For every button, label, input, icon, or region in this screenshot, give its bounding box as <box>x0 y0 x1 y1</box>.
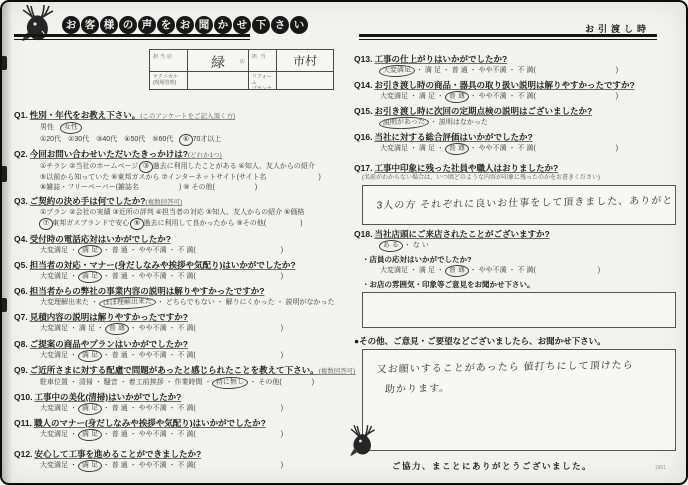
binding-mark <box>2 298 7 312</box>
footer-thanks-text: ご協力、まことにありがとうございました。 <box>392 460 592 472</box>
title-char: 様 <box>100 16 118 34</box>
question-heading: Q3.ご契約の決め手は何でしたか?(複数回答可) <box>14 196 344 208</box>
question-text: 性別・年代をお教え下さい。 <box>30 110 141 120</box>
option-text: ①チラシ ②当社のホームページ <box>40 163 140 170</box>
question-number: Q15. <box>354 106 372 116</box>
option-text: ) <box>300 220 302 227</box>
question-text: 当社に対する総合評価はいかがでしたか? <box>374 132 532 142</box>
option-text: 大変満足 ・ <box>40 405 79 412</box>
question-number: Q6. <box>14 286 28 296</box>
option-text: ・ 普 通 ・ やや不満 ・ 不 満( <box>101 462 196 469</box>
options-line: 大変満足 ・ 満 足 ・ 普 通 ・ やや不満 ・ 不 満() <box>354 265 680 277</box>
option-text: ) <box>281 273 283 280</box>
question-Q5: Q5.担当者の対応・マナー(身だしなみや挨拶や気配り)はいかがでしたか?大変満足… <box>14 260 344 283</box>
question-text: 今回お問い合わせいただいたきっかけは? <box>30 149 188 159</box>
option-text: 70才以上 <box>193 136 222 143</box>
question-heading: Q5.担当者の対応・マナー(身だしなみや挨拶や気配り)はいかがでしたか? <box>14 260 344 271</box>
options-line: 大変満足 ・ 満 足 ・ 普 通 ・ やや不満 ・ 不 満() <box>354 65 680 77</box>
option-text: ) <box>281 405 283 412</box>
option-text: ・ やや不満 ・ 不 満( <box>468 93 536 100</box>
circled-answer: 説明があった <box>379 116 429 130</box>
question-number: Q5. <box>14 260 28 270</box>
circled-answer: 普 通 <box>445 265 469 278</box>
option-text: 過去に利用したことがある ④知人、友人からの紹介 <box>153 163 315 170</box>
question-heading: Q18.当社店頭にご来店されたことがございますか? <box>354 229 680 240</box>
question-number: Q8. <box>14 339 28 349</box>
circled-answer: ⑧ <box>130 218 145 230</box>
option-text: ) <box>281 325 283 332</box>
question-heading: Q16.当社に対する総合評価はいかがでしたか? <box>354 132 680 143</box>
question-number: Q1. <box>14 110 28 120</box>
question-heading: Q6.担当者からの弊社の事業内容の説明は解りやすかったですか? <box>14 286 344 297</box>
circled-answer: 大変満足 <box>379 64 415 77</box>
options-line: ⑤以前から知っていた ⑥東邦ガスから ⑦インターネットサイト(サイト名) <box>14 173 344 183</box>
question-heading: Q17.工事中印象に残った社員や職人はおりましたか? <box>354 163 680 174</box>
option-text: 大変理解出来た ・ <box>40 299 100 306</box>
question-Q8: Q8.ご提案の商品やプランはいかがでしたか?大変満足 ・ 満 足 ・ 普 通 ・… <box>14 339 344 362</box>
options-line: 大変満足 ・ 満 足 ・ 普 通 ・ やや不満 ・ 不 満() <box>354 143 680 155</box>
option-text: ・ 普 通 ・ やや不満 ・ 不 満( <box>101 352 196 359</box>
question-text: 工事の仕上がりはいかがでしたか? <box>374 54 507 64</box>
option-text: ) <box>281 431 283 438</box>
options-line: 大変満足 ・ 満 足 ・ 普 通 ・ やや不満 ・ 不 満() <box>14 323 344 335</box>
options-line: あ る ・ な い <box>354 240 680 252</box>
options-line: ⑦東邦ガスブランドで安心 ⑧過去に利用して良かったから ⑨その他() <box>14 218 344 230</box>
question-heading: Q8.ご提案の商品やプランはいかがでしたか? <box>14 339 344 350</box>
question-Q9: Q9.ご近所さまに対する配慮で問題があったと感じられたことを教えて下さい。(複数… <box>14 365 344 389</box>
sub-question: ・お店の雰囲気・印象等ご意見をお聞かせ下さい。 <box>354 280 680 328</box>
handwritten-comment: 助かります。 <box>362 375 675 400</box>
question-text: ご近所さまに対する配慮で問題があったと感じられたことを教えて下さい。 <box>30 365 319 375</box>
option-text: ) <box>318 174 320 181</box>
title-char: お <box>176 16 194 34</box>
question-heading: Q15.お引き渡し時に次回の定期点検の説明はございましたか? <box>354 106 680 117</box>
question-Q11: Q11.職人のマナー(身だしなみや挨拶や気配り)はいかがでしたか?大変満足 ・ … <box>14 418 344 441</box>
question-Q16: Q16.当社に対する総合評価はいかがでしたか?大変満足 ・ 満 足 ・ 普 通 … <box>354 132 680 155</box>
binding-mark <box>2 166 7 182</box>
circled-answer: あ る <box>379 240 403 253</box>
option-text: ) <box>598 267 600 274</box>
circled-answer: 満 足 <box>78 350 102 363</box>
options-line: 大変満足 ・ 満 足 ・ 普 通 ・ やや不満 ・ 不 満() <box>354 91 680 103</box>
option-text: ) <box>281 352 283 359</box>
question-text: 担当者からの弊社の事業内容の説明は解りやすかったですか? <box>30 286 265 296</box>
question-Q2: Q2.今回お問い合わせいただいたきっかけは?(どれか1つ)①チラシ ②当社のホー… <box>14 149 344 193</box>
question-number: Q14. <box>354 80 372 90</box>
question-number: Q4. <box>14 234 28 244</box>
technical-value-cell <box>188 72 249 89</box>
option-text: ・ な い <box>402 242 429 249</box>
options-line: 説明があった ・ 説明はなかった <box>354 117 680 129</box>
title-char: 客 <box>81 16 99 34</box>
question-Q12: Q12.安心して工事を進めることができましたか?大変満足 ・ 満 足 ・ 普 通… <box>14 449 344 472</box>
option-text: ) <box>281 247 283 254</box>
question-number: Q9. <box>14 365 28 375</box>
handwriting-box: 又お願いすることがあったら 値打ちにして頂けたら助かります。 <box>362 349 676 451</box>
scanned-survey-document: お客様の声をお聞かせ下さい お引渡し時 担当店 緑 店 担 当 市村 テクニカル… <box>0 0 688 485</box>
sub-question: ・店員の応対はいかがでしたか?大変満足 ・ 満 足 ・ 普 通 ・ やや不満 ・… <box>354 255 680 277</box>
question-number: Q2. <box>14 149 28 159</box>
question-text: 工事中の美化(清掃)はいかがでしたか? <box>34 392 181 402</box>
option-text: ・ 説明はなかった <box>428 119 488 126</box>
question-text: お引き渡し時の商品・器具の取り扱い説明は解りやすかったですか? <box>374 80 634 90</box>
options-line: 大変満足 ・ 満 足 ・ 普 通 ・ やや不満 ・ 不 満() <box>14 403 344 415</box>
question-Q17: Q17.工事中印象に残った社員や職人はおりましたか?(名前がわからない場合は、い… <box>354 163 680 225</box>
question-Q15: Q15.お引き渡し時に次回の定期点検の説明はございましたか?説明があった ・ 説… <box>354 106 680 129</box>
option-text: 大変満足 ・ <box>40 352 79 359</box>
question-text: 受付時の電話応対はいかがでしたか? <box>30 234 171 244</box>
question-Q3: Q3.ご契約の決め手は何でしたか?(複数回答可)①プラン ②会社の実績 ③近所の… <box>14 196 344 230</box>
branch-suffix: 店 <box>240 58 245 65</box>
option-text: ) <box>312 379 314 386</box>
circled-answer: 特に無し <box>212 376 248 389</box>
options-line: 駐車位置 ・ 清掃 ・ 騒音 ・ 着工前挨拶 ・ 作業時間 ・ 特に無し ・ そ… <box>14 377 344 389</box>
circled-answer: ⑦ <box>39 218 54 230</box>
option-text: 東邦ガスブランドで安心 <box>52 220 131 227</box>
title-char: 聞 <box>195 16 213 34</box>
form-title: お客様の声をお聞かせ下さい <box>62 15 309 34</box>
title-char: を <box>157 16 175 34</box>
question-subnote: (名前がわからない場合は、いつ頃どのような内容が印象に残ったのかをお書きください… <box>354 174 680 183</box>
question-heading: Q14.お引き渡し時の商品・器具の取り扱い説明は解りやすかったですか? <box>354 80 680 91</box>
circled-answer: ほぼ理解出来た <box>99 296 156 310</box>
circled-answer: ③ <box>139 161 154 173</box>
option-text: ・ どちらでもない ・ 解りにくかった ・ 説明がなかった <box>155 299 335 306</box>
question-text: 見積内容の説明は解りやすかったですか? <box>30 312 188 322</box>
option-text: ) ⑨ その他( <box>179 184 215 191</box>
question-note: (複数回答可) <box>319 368 356 375</box>
other-comments-section: ●その他、ご意見・ご要望などございましたら、お聞かせ下さい。又お願いすることがあ… <box>354 336 680 451</box>
circled-answer: 満 足 <box>78 429 102 442</box>
options-line: 大変理解出来た ・ ほぼ理解出来た ・ どちらでもない ・ 解りにくかった ・ … <box>14 297 344 309</box>
planner-label: リフォームプランナー <box>249 72 276 89</box>
options-line: ①チラシ ②当社のホームページ ③過去に利用したことがある ④知人、友人からの紹… <box>14 161 344 173</box>
question-text: 担当者の対応・マナー(身だしなみや挨拶や気配り)はいかがでしたか? <box>30 260 296 270</box>
staff-table: 担当店 緑 店 担 当 市村 テクニカル(現場管理) リフォームプランナー <box>149 49 334 90</box>
question-Q4: Q4.受付時の電話応対はいかがでしたか?大変満足 ・ 満 足 ・ 普 通 ・ や… <box>14 234 344 257</box>
planner-value-cell <box>277 72 333 89</box>
question-Q13: Q13.工事の仕上がりはいかがでしたか?大変満足 ・ 満 足 ・ 普 通 ・ や… <box>354 54 680 77</box>
title-char: さ <box>271 16 289 34</box>
option-text: ①20代 ②30代 ③40代 ④50代 ⑤60代 <box>40 136 180 143</box>
handwritten-comment: 3人の方 それぞれに良いお仕事をして頂きました、ありがとうございました <box>362 185 676 217</box>
option-text: ) <box>616 145 618 152</box>
circled-answer: 普 通 <box>445 91 469 104</box>
circled-answer: 満 足 <box>78 271 102 284</box>
question-number: Q16. <box>354 132 372 142</box>
option-text: 駐車位置 ・ 清掃 ・ 騒音 ・ 着工前挨拶 ・ 作業時間 ・ <box>40 379 213 386</box>
handwriting-box: 3人の方 それぞれに良いお仕事をして頂きました、ありがとうございました <box>362 185 676 225</box>
question-heading: Q9.ご近所さまに対する配慮で問題があったと感じられたことを教えて下さい。(複数… <box>14 365 344 377</box>
option-text: ) <box>281 462 283 469</box>
sub-question-label: ・店員の応対はいかがでしたか? <box>354 255 680 265</box>
form-code: 1901 <box>655 465 666 471</box>
question-Q10: Q10.工事中の美化(清掃)はいかがでしたか?大変満足 ・ 満 足 ・ 普 通 … <box>14 392 344 415</box>
options-line: ⑧雑誌・フリーペーパー(雑誌名) ⑨ その他() <box>14 183 344 193</box>
binding-mark <box>2 56 7 70</box>
circled-answer: 満 足 <box>78 403 102 416</box>
option-text: ・ やや不満 ・ 不 満( <box>468 267 536 274</box>
option-text: 大変満足 ・ <box>40 247 79 254</box>
question-heading: Q7.見積内容の説明は解りやすかったですか? <box>14 312 344 323</box>
question-heading: Q4.受付時の電話応対はいかがでしたか? <box>14 234 344 245</box>
options-line: 男性 女性 <box>14 122 344 134</box>
title-char: の <box>119 16 137 34</box>
questions-column-left: Q1.性別・年代をお教え下さい。(このアンケートをご記入頂く方)男性 女性①20… <box>14 110 344 475</box>
circled-answer: 満 足 <box>78 460 102 473</box>
staff-label: 担 当 <box>249 50 276 60</box>
option-text: ・ 満 足 ・ 普 通 ・ やや不満 ・ 不 満( <box>414 67 536 74</box>
handwriting-box <box>362 292 676 328</box>
question-number: Q3. <box>14 196 28 206</box>
option-text: ⑤以前から知っていた ⑥東邦ガスから ⑦インターネットサイト(サイト名 <box>40 174 266 181</box>
question-heading: Q1.性別・年代をお教え下さい。(このアンケートをご記入頂く方) <box>14 110 344 122</box>
options-line: 大変満足 ・ 満 足 ・ 普 通 ・ やや不満 ・ 不 満() <box>14 350 344 362</box>
question-heading: Q2.今回お問い合わせいただいたきっかけは?(どれか1つ) <box>14 149 344 161</box>
option-text: 大変満足 ・ <box>40 462 79 469</box>
option-text: ) <box>255 184 257 191</box>
option-text: 大変満足 ・ 満 足 ・ <box>380 93 446 100</box>
handover-stage-label: お引渡し時 <box>585 22 650 35</box>
question-heading: Q12.安心して工事を進めることができましたか? <box>14 449 344 460</box>
other-comments-label: ●その他、ご意見・ご要望などございましたら、お聞かせ下さい。 <box>354 336 680 347</box>
circled-answer: 女性 <box>60 122 82 135</box>
title-char: 下 <box>252 16 270 34</box>
question-number: Q12. <box>14 449 32 459</box>
question-number: Q13. <box>354 54 372 64</box>
questions-column-right: Q13.工事の仕上がりはいかがでしたか?大変満足 ・ 満 足 ・ 普 通 ・ や… <box>354 54 680 455</box>
option-text: ⑧雑誌・フリーペーパー(雑誌名 <box>40 184 139 191</box>
question-heading: Q13.工事の仕上がりはいかがでしたか? <box>354 54 680 65</box>
question-text: 当社店頭にご来店されたことがございますか? <box>374 229 549 239</box>
question-number: Q18. <box>354 229 372 239</box>
option-text: 大変満足 ・ 満 足 ・ <box>380 145 446 152</box>
question-note: (複数回答可) <box>145 199 182 206</box>
question-text: 安心して工事を進めることができましたか? <box>34 449 201 459</box>
sub-question-label: ・お店の雰囲気・印象等ご意見をお聞かせ下さい。 <box>354 280 680 290</box>
staff-value-handwritten: 市村 <box>277 52 333 70</box>
technical-label: テクニカル(現場管理) <box>150 72 187 86</box>
title-rule <box>14 34 250 40</box>
circled-answer: 満 足 <box>78 245 102 258</box>
question-Q7: Q7.見積内容の説明は解りやすかったですか?大変満足 ・ 満 足 ・ 普 通 ・… <box>14 312 344 335</box>
title-char: 声 <box>138 16 156 34</box>
title-char: か <box>214 16 232 34</box>
question-Q1: Q1.性別・年代をお教え下さい。(このアンケートをご記入頂く方)男性 女性①20… <box>14 110 344 146</box>
option-text: 大変満足 ・ <box>40 431 79 438</box>
question-number: Q11. <box>14 418 32 428</box>
question-number: Q7. <box>14 312 28 322</box>
option-text: ・ 普 通 ・ やや不満 ・ 不 満( <box>101 405 196 412</box>
option-text: 大変満足 ・ 満 足 ・ <box>40 325 106 332</box>
question-heading: Q10.工事中の美化(清掃)はいかがでしたか? <box>14 392 344 403</box>
option-text: ) <box>616 93 618 100</box>
option-text: ①プラン ②会社の実績 ③近所の評判 ④担当者の対応 ⑤知人、友人からの紹介 ⑥… <box>40 209 304 216</box>
option-text: 大変満足 ・ 満 足 ・ <box>380 267 446 274</box>
title-char: お <box>62 16 80 34</box>
option-text: ・ 普 通 ・ やや不満 ・ 不 満( <box>101 247 196 254</box>
circled-answer: ⑥ <box>179 134 194 146</box>
option-text: 男性 <box>40 124 61 131</box>
question-text: 工事中印象に残った社員や職人はおりましたか? <box>374 163 558 173</box>
circled-answer: 普 通 <box>445 143 469 156</box>
options-line: 大変満足 ・ 満 足 ・ 普 通 ・ やや不満 ・ 不 満() <box>14 429 344 441</box>
options-line: ①プラン ②会社の実績 ③近所の評判 ④担当者の対応 ⑤知人、友人からの紹介 ⑥… <box>14 208 344 218</box>
option-text: ・ やや不満 ・ 不 満( <box>468 145 536 152</box>
circled-answer: 普 通 <box>105 323 129 336</box>
option-text: ・ 普 通 ・ やや不満 ・ 不 満( <box>101 431 196 438</box>
question-heading: Q11.職人のマナー(身だしなみや挨拶や気配り)はいかがでしたか? <box>14 418 344 429</box>
option-text: 大変満足 ・ <box>40 273 79 280</box>
question-Q18: Q18.当社店頭にご来店されたことがございますか?あ る ・ な い <box>354 229 680 252</box>
question-text: ご提案の商品やプランはいかがでしたか? <box>30 339 188 349</box>
options-line: 大変満足 ・ 満 足 ・ 普 通 ・ やや不満 ・ 不 満() <box>14 460 344 472</box>
options-line: 大変満足 ・ 満 足 ・ 普 通 ・ やや不満 ・ 不 満() <box>14 245 344 257</box>
option-text: ・ 普 通 ・ やや不満 ・ 不 満( <box>101 273 196 280</box>
option-text: 過去に利用して良かったから ⑨その他( <box>144 220 267 227</box>
question-note: (どれか1つ) <box>188 152 222 159</box>
title-char: せ <box>233 16 251 34</box>
question-number: Q17. <box>354 163 372 173</box>
option-text: ・ その他( <box>247 379 281 386</box>
question-Q6: Q6.担当者からの弊社の事業内容の説明は解りやすかったですか?大変理解出来た ・… <box>14 286 344 309</box>
options-line: 大変満足 ・ 満 足 ・ 普 通 ・ やや不満 ・ 不 満() <box>14 271 344 283</box>
title-char: い <box>290 16 308 34</box>
question-text: ご契約の決め手は何でしたか? <box>30 196 146 206</box>
options-line: ①20代 ②30代 ③40代 ④50代 ⑤60代 ⑥70才以上 <box>14 134 344 146</box>
option-text: ) <box>616 67 618 74</box>
branch-label: 担当店 <box>150 50 187 60</box>
question-text: お引き渡し時に次回の定期点検の説明はございましたか? <box>374 106 592 116</box>
question-number: Q10. <box>14 392 32 402</box>
deer-logo-icon <box>347 423 377 459</box>
question-text: 職人のマナー(身だしなみや挨拶や気配り)はいかがでしたか? <box>34 418 266 428</box>
option-text: ・ やや不満 ・ 不 満( <box>128 325 196 332</box>
question-note: (このアンケートをご記入頂く方) <box>140 113 235 120</box>
question-Q14: Q14.お引き渡し時の商品・器具の取り扱い説明は解りやすかったですか?大変満足 … <box>354 80 680 103</box>
